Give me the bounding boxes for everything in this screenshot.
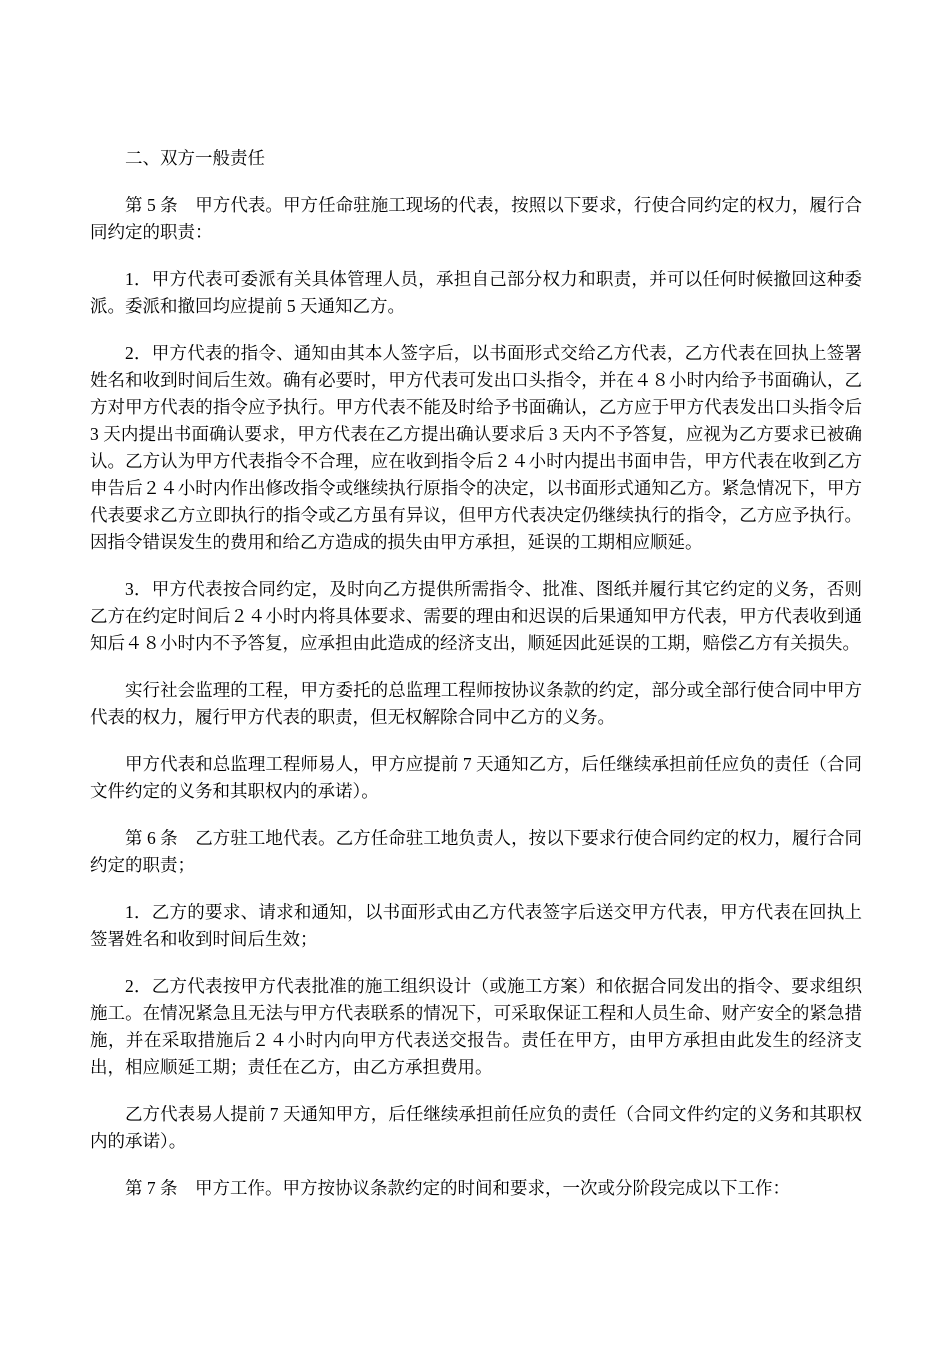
document-page: 二、双方一般责任 第 5 条 甲方代表。甲方任命驻施工现场的代表，按照以下要求，… xyxy=(0,0,950,1346)
clause-5-item-1: 1．甲方代表可委派有关具体管理人员，承担自己部分权力和职责，并可以任何时候撤回这… xyxy=(90,266,862,320)
clause-5-item-2: 2．甲方代表的指令、通知由其本人签字后，以书面形式交给乙方代表，乙方代表在回执上… xyxy=(90,340,862,556)
clause-5-replacement-paragraph: 甲方代表和总监理工程师易人，甲方应提前 7 天通知乙方，后任继续承担前任应负的责… xyxy=(90,751,862,805)
clause-5-supervision-paragraph: 实行社会监理的工程，甲方委托的总监理工程师按协议条款的约定，部分或全部行使合同中… xyxy=(90,677,862,731)
section-heading: 二、双方一般责任 xyxy=(90,145,862,172)
clause-7-heading: 第 7 条 甲方工作。甲方按协议条款约定的时间和要求，一次或分阶段完成以下工作： xyxy=(90,1175,862,1202)
clause-5-item-3: 3．甲方代表按合同约定，及时向乙方提供所需指令、批准、图纸并履行其它约定的义务，… xyxy=(90,576,862,657)
clause-6-heading: 第 6 条 乙方驻工地代表。乙方任命驻工地负责人，按以下要求行使合同约定的权力，… xyxy=(90,825,862,879)
clause-6-item-2: 2．乙方代表按甲方代表批准的施工组织设计（或施工方案）和依据合同发出的指令、要求… xyxy=(90,973,862,1081)
clause-6-replacement-paragraph: 乙方代表易人提前 7 天通知甲方，后任继续承担前任应负的责任（合同文件约定的义务… xyxy=(90,1101,862,1155)
clause-5-heading: 第 5 条 甲方代表。甲方任命驻施工现场的代表，按照以下要求，行使合同约定的权力… xyxy=(90,192,862,246)
clause-6-item-1: 1．乙方的要求、请求和通知，以书面形式由乙方代表签字后送交甲方代表，甲方代表在回… xyxy=(90,899,862,953)
